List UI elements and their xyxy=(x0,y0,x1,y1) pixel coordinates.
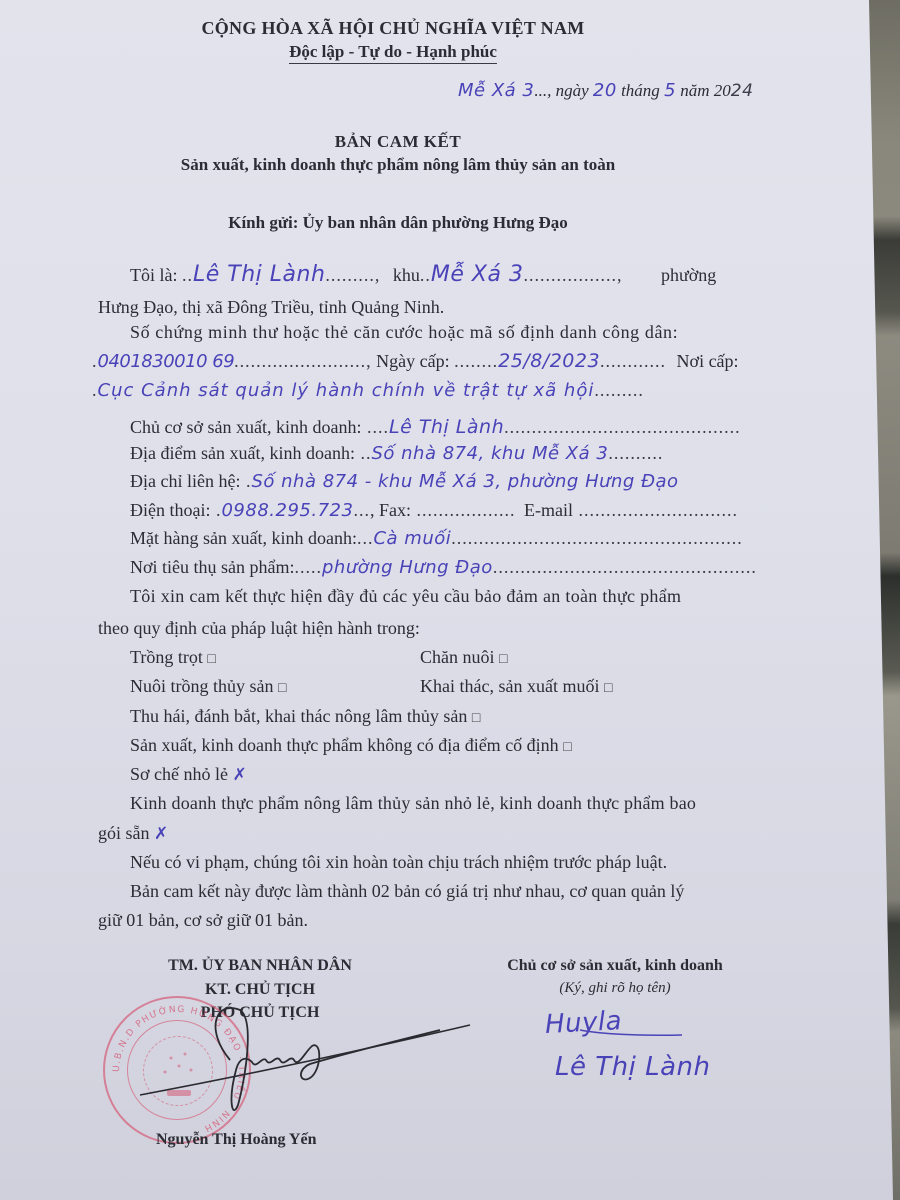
option-nuoi-trong-thuy-san[interactable]: Nuôi trồng thủy sản □ xyxy=(130,676,286,697)
date-day: 20 xyxy=(593,80,617,101)
owner-signature-title: Chủ cơ sở sản xuất, kinh doanh xyxy=(470,957,760,975)
commitment-intro-cont: theo quy định của pháp luật hiện hành tr… xyxy=(98,618,420,639)
document-page: CỘNG HÒA XÃ HỘI CHỦ NGHĨA VIỆT NAM Độc l… xyxy=(0,0,893,1200)
name-value[interactable]: Lê Thị Lành xyxy=(193,262,325,287)
copies-clause-cont: giữ 01 bản, cơ sở giữ 01 bản. xyxy=(98,910,308,931)
checkbox-empty-icon[interactable]: □ xyxy=(499,652,507,667)
owner-signature-note: (Ký, ghi rõ họ tên) xyxy=(470,980,760,997)
checkbox-empty-icon[interactable]: □ xyxy=(278,681,286,696)
field-location: Địa điểm sản xuất, kinh doanh: ..Số nhà … xyxy=(130,443,663,464)
fax-value[interactable]: .................. xyxy=(411,500,516,520)
field-phone: Điện thoại: .0988.295.723..., Fax: .....… xyxy=(130,500,738,521)
recipient: Kính gửi: Ủy ban nhân dân phường Hưng Đạ… xyxy=(118,213,678,233)
checkbox-empty-icon[interactable]: □ xyxy=(472,711,480,726)
date-year: 24 xyxy=(731,81,754,101)
field-contact: Địa chỉ liên hệ: .Số nhà 874 - khu Mễ Xá… xyxy=(130,471,679,492)
issue-place-value[interactable]: Cục Cảnh sát quản lý hành chính về trật … xyxy=(98,380,595,401)
option-kinh-doanh-nho-le-cont[interactable]: gói sẵn ✗ xyxy=(98,823,168,844)
option-chan-nuoi[interactable]: Chăn nuôi □ xyxy=(420,647,507,668)
stamp-emblem-icon: U.B.N.D PHƯỜNG HƯNG ĐẠO · TRIỀU · NINH xyxy=(105,998,253,1146)
field-owner: Chủ cơ sở sản xuất, kinh doanh: ....Lê T… xyxy=(130,416,741,438)
owner-signature: Huyla xyxy=(544,1006,623,1040)
violation-clause: Nếu có vi phạm, chúng tôi xin hoàn toàn … xyxy=(130,852,667,873)
date-place: Mễ Xá 3 xyxy=(458,80,534,101)
copies-clause: Bản cam kết này được làm thành 02 bản có… xyxy=(130,881,684,902)
product-value[interactable]: Cà muối xyxy=(373,528,451,549)
svg-text:U.B.N.D PHƯỜNG HƯNG ĐẠO · TRIỀ: U.B.N.D PHƯỜNG HƯNG ĐẠO · TRIỀU · NINH xyxy=(112,1004,248,1134)
checkbox-checked-icon[interactable]: ✗ xyxy=(154,824,168,844)
option-kinh-doanh-nho-le[interactable]: Kinh doanh thực phẩm nông lâm thủy sản n… xyxy=(130,793,696,814)
checkbox-empty-icon[interactable]: □ xyxy=(207,652,215,667)
checkbox-checked-icon[interactable]: ✗ xyxy=(233,765,247,785)
national-motto: Độc lập - Tự do - Hạnh phúc xyxy=(143,42,643,62)
official-stamp: U.B.N.D PHƯỜNG HƯNG ĐẠO · TRIỀU · NINH xyxy=(103,996,251,1144)
email-value[interactable]: ............................. xyxy=(573,500,738,520)
authority-line1: TM. ỦY BAN NHÂN DÂN xyxy=(115,957,405,975)
field-product: Mặt hàng sản xuất, kinh doanh:...Cà muối… xyxy=(130,528,743,549)
option-khong-dia-diem[interactable]: Sản xuất, kinh doanh thực phẩm không có … xyxy=(130,735,572,756)
field-market: Nơi tiêu thụ sản phẩm:.....phường Hưng Đ… xyxy=(130,557,757,578)
checkbox-empty-icon[interactable]: □ xyxy=(563,740,571,755)
option-khai-thac-muoi[interactable]: Khai thác, sản xuất muối □ xyxy=(420,676,612,697)
national-title: CỘNG HÒA XÃ HỘI CHỦ NGHĨA VIỆT NAM xyxy=(143,18,643,39)
issue-date-value[interactable]: 25/8/2023 xyxy=(498,350,600,372)
market-value[interactable]: phường Hưng Đạo xyxy=(322,557,493,578)
id-value[interactable]: 0401830010 69 xyxy=(98,351,235,372)
area-value[interactable]: Mễ Xá 3 xyxy=(431,262,524,287)
contact-value[interactable]: Số nhà 874 - khu Mễ Xá 3, phường Hưng Đạ… xyxy=(251,471,678,492)
phone-value[interactable]: 0988.295.723 xyxy=(221,500,353,521)
authority-line2: KT. CHỦ TỊCH xyxy=(115,981,405,999)
date-month: 5 xyxy=(664,80,676,101)
authority-signer-name: Nguyễn Thị Hoàng Yến xyxy=(156,1131,316,1149)
document-title: BẢN CAM KẾT xyxy=(118,132,678,152)
option-thu-hai[interactable]: Thu hái, đánh bắt, khai thác nông lâm th… xyxy=(130,706,480,727)
date-line: Mễ Xá 3..., ngày 20 tháng 5 năm 2024 xyxy=(458,80,753,101)
location-value[interactable]: Số nhà 874, khu Mễ Xá 3 xyxy=(371,443,608,464)
field-issue-place: .Cục Cảnh sát quản lý hành chính về trật… xyxy=(92,380,644,401)
owner-value[interactable]: Lê Thị Lành xyxy=(389,416,504,438)
field-id: .0401830010 69........................, … xyxy=(92,350,739,372)
field-name: Tôi là: ..Lê Thị Lành........., khu..Mễ … xyxy=(130,262,716,287)
checkbox-empty-icon[interactable]: □ xyxy=(604,681,612,696)
id-label: Số chứng minh thư hoặc thẻ căn cước hoặc… xyxy=(130,322,678,343)
commitment-intro: Tôi xin cam kết thực hiện đầy đủ các yêu… xyxy=(130,586,681,607)
owner-signer-name: Lê Thị Lành xyxy=(555,1052,710,1082)
option-so-che-nho-le[interactable]: Sơ chế nhỏ lẻ ✗ xyxy=(130,764,247,785)
option-trong-trot[interactable]: Trồng trọt □ xyxy=(130,647,216,668)
address-line: Hưng Đạo, thị xã Đông Triều, tỉnh Quảng … xyxy=(98,297,444,318)
document-subtitle: Sản xuất, kinh doanh thực phẩm nông lâm … xyxy=(118,155,678,175)
